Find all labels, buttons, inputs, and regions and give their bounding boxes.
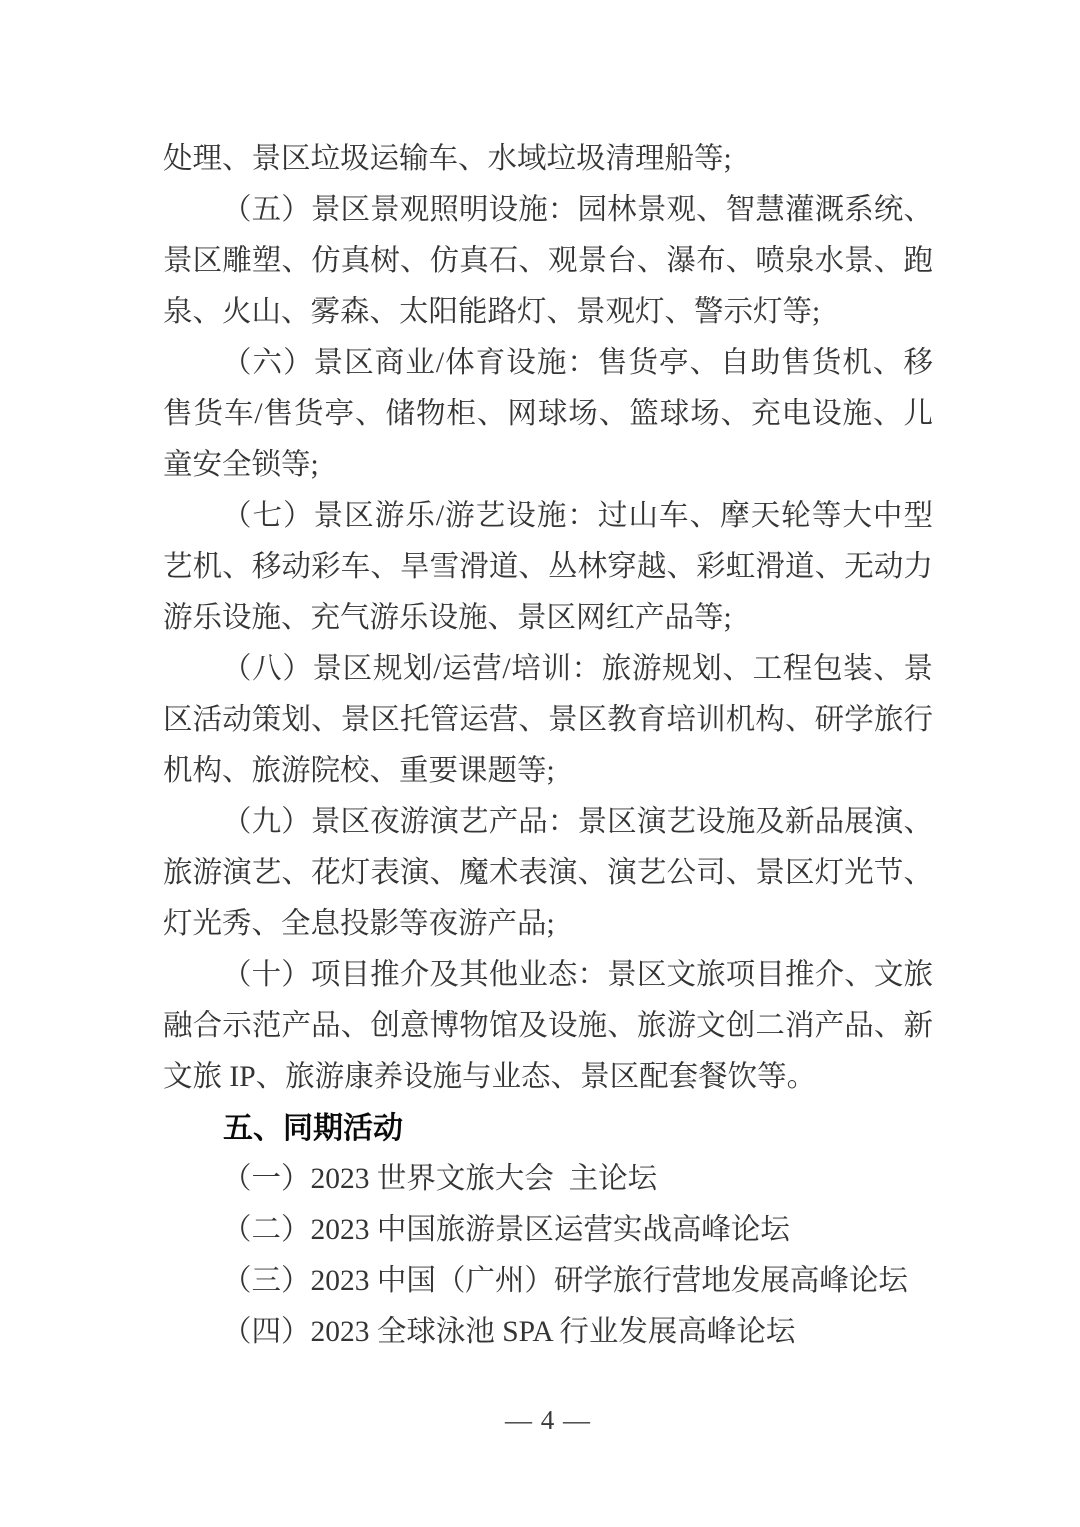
text-line: 旅游演艺、花灯表演、魔术表演、演艺公司、景区灯光节、 xyxy=(163,848,933,899)
page-number: — 4 — xyxy=(163,1396,933,1444)
text-line: 游乐设施、充气游乐设施、景区网红产品等; xyxy=(163,593,933,644)
text-line: 处理、景区垃圾运输车、水域垃圾清理船等; xyxy=(163,134,933,185)
document-page: 处理、景区垃圾运输车、水域垃圾清理船等;（五）景区景观照明设施：园林景观、智慧灌… xyxy=(0,0,1080,1527)
text-line: （三）2023 中国（广州）研学旅行营地发展高峰论坛 xyxy=(163,1256,933,1307)
text-line: （一）2023 世界文旅大会 主论坛 xyxy=(163,1154,933,1205)
text-line: 售货车/售货亭、储物柜、网球场、篮球场、充电设施、儿 xyxy=(163,389,933,440)
text-line: （十）项目推介及其他业态：景区文旅项目推介、文旅 xyxy=(163,950,933,1001)
text-line: （九）景区夜游演艺产品：景区演艺设施及新品展演、 xyxy=(163,797,933,848)
text-line: （五）景区景观照明设施：园林景观、智慧灌溉系统、 xyxy=(163,185,933,236)
text-line: 区活动策划、景区托管运营、景区教育培训机构、研学旅行 xyxy=(163,695,933,746)
text-line: （四）2023 全球泳池 SPA 行业发展高峰论坛 xyxy=(163,1307,933,1358)
text-line: （六）景区商业/体育设施：售货亭、自助售货机、移动 xyxy=(163,338,933,389)
section-heading: 五、同期活动 xyxy=(163,1103,933,1154)
document-body: 处理、景区垃圾运输车、水域垃圾清理船等;（五）景区景观照明设施：园林景观、智慧灌… xyxy=(163,134,933,1358)
text-line: （七）景区游乐/游艺设施：过山车、摩天轮等大中型游 xyxy=(163,491,933,542)
text-line: （八）景区规划/运营/培训：旅游规划、工程包装、景 xyxy=(163,644,933,695)
text-line: 景区雕塑、仿真树、仿真石、观景台、瀑布、喷泉水景、跑 xyxy=(163,236,933,287)
text-line: 泉、火山、雾森、太阳能路灯、景观灯、警示灯等; xyxy=(163,287,933,338)
text-line: 文旅 IP、旅游康养设施与业态、景区配套餐饮等。 xyxy=(163,1052,933,1103)
text-line: 机构、旅游院校、重要课题等; xyxy=(163,746,933,797)
text-line: 艺机、移动彩车、旱雪滑道、丛林穿越、彩虹滑道、无动力 xyxy=(163,542,933,593)
text-line: 融合示范产品、创意博物馆及设施、旅游文创二消产品、新 xyxy=(163,1001,933,1052)
text-line: 童安全锁等; xyxy=(163,440,933,491)
text-line: 灯光秀、全息投影等夜游产品; xyxy=(163,899,933,950)
text-line: （二）2023 中国旅游景区运营实战高峰论坛 xyxy=(163,1205,933,1256)
